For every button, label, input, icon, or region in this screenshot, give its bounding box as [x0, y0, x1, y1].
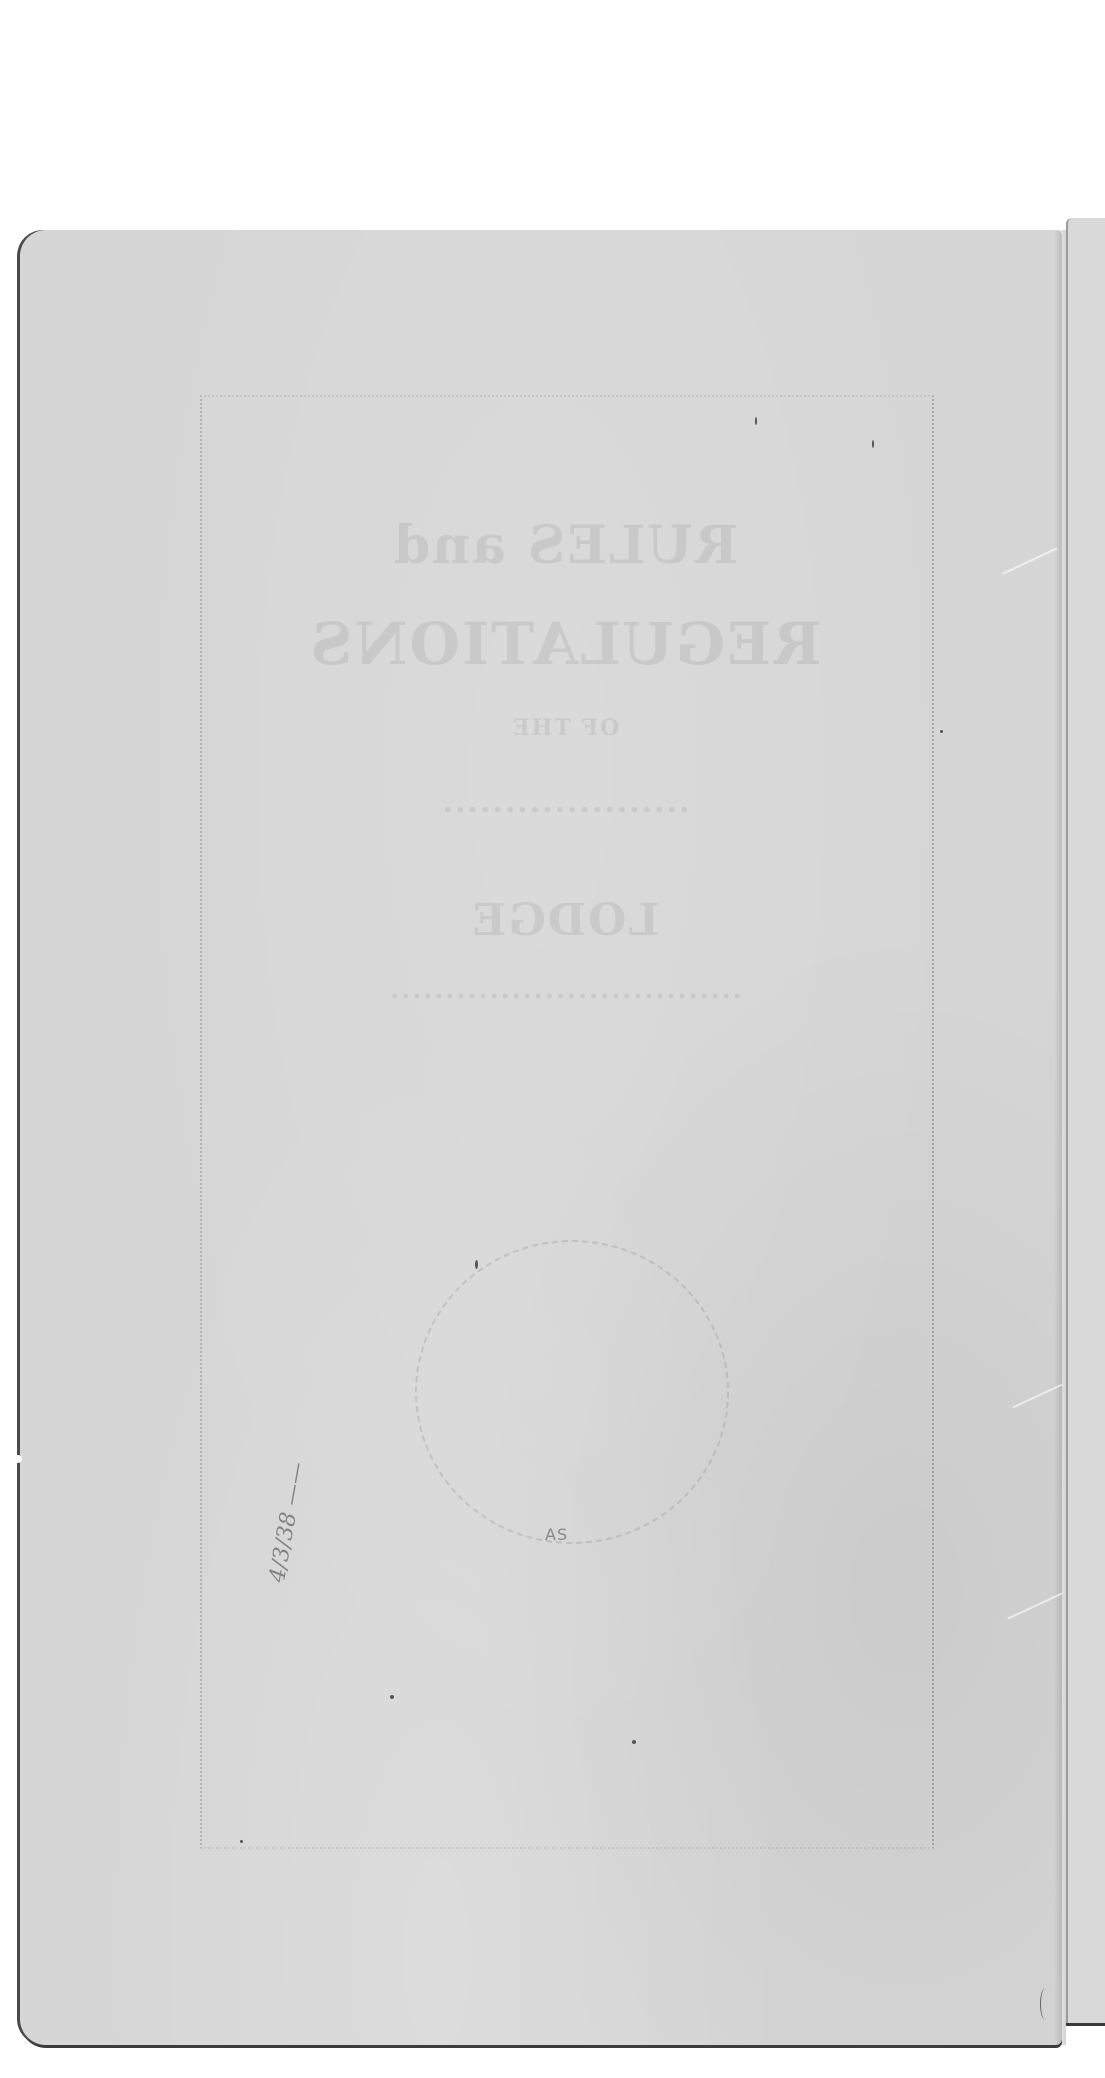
- show-through-line-4: ....................: [200, 785, 930, 820]
- show-through-line-5: LODGE: [200, 895, 930, 946]
- paper-fiber-curl: [1040, 1988, 1051, 2020]
- show-through-line-3: OF THE: [200, 715, 930, 741]
- show-through-line-6: ................................: [200, 975, 930, 1005]
- stamp-mark: AS: [545, 1525, 568, 1544]
- spine-shadow: [1054, 230, 1066, 2045]
- faded-circular-stamp: [415, 1240, 729, 1544]
- paper-speck: [390, 1695, 394, 1699]
- paper-speck: [240, 1840, 243, 1843]
- page-edge-notch: [14, 1455, 22, 1463]
- paper-speck: [755, 417, 757, 425]
- paper-speck: [940, 730, 943, 733]
- paper-speck: [872, 440, 874, 448]
- facing-page-edge: [1066, 218, 1105, 2023]
- show-through-title-1: RULES and: [200, 515, 930, 576]
- paper-speck: [475, 1260, 478, 1269]
- show-through-title-2: REGULATIONS: [200, 610, 930, 678]
- paper-speck: [632, 1740, 636, 1744]
